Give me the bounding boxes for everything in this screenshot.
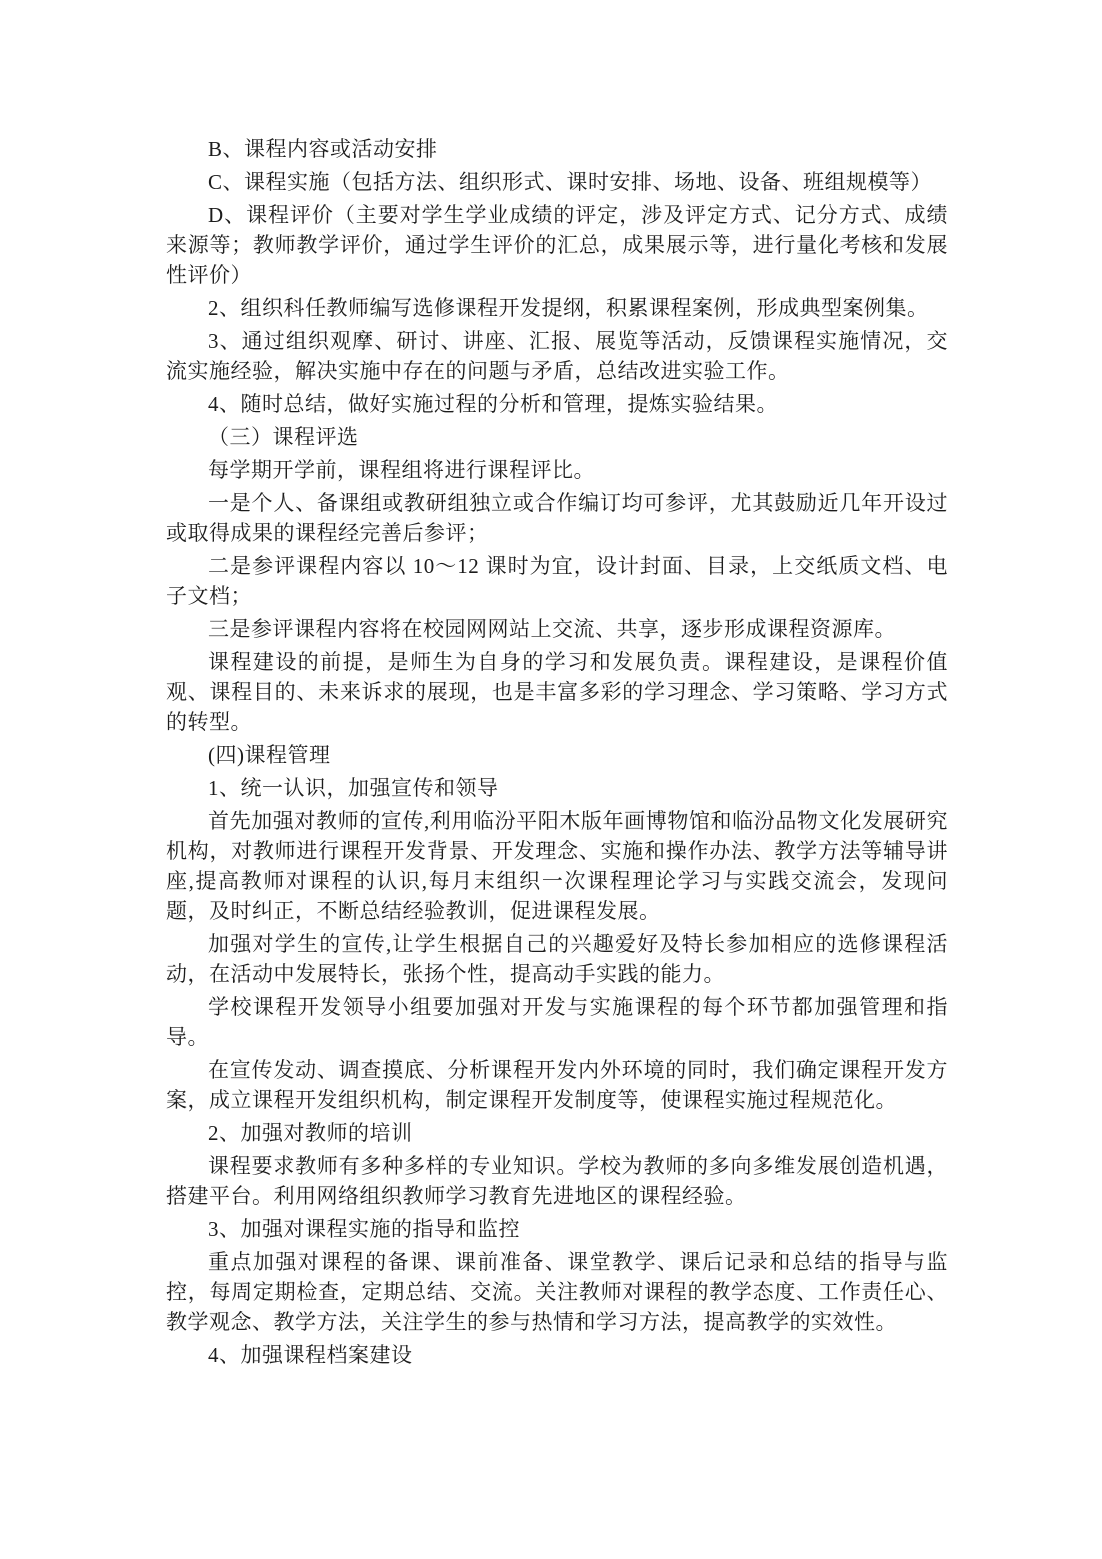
paragraph: 在宣传发动、调查摸底、分析课程开发内外环境的同时，我们确定课程开发方案，成立课程… xyxy=(166,1055,948,1115)
paragraph: 4、随时总结，做好实施过程的分析和管理，提炼实验结果。 xyxy=(166,389,948,419)
paragraph: 1、统一认识，加强宣传和领导 xyxy=(166,773,948,803)
paragraph: (四)课程管理 xyxy=(166,740,948,770)
paragraph: 二是参评课程内容以 10～12 课时为宜，设计封面、目录，上交纸质文档、电子文档… xyxy=(166,551,948,611)
paragraph: 学校课程开发领导小组要加强对开发与实施课程的每个环节都加强管理和指导。 xyxy=(166,992,948,1052)
paragraph: 每学期开学前，课程组将进行课程评比。 xyxy=(166,455,948,485)
paragraph: B、课程内容或活动安排 xyxy=(166,134,948,164)
paragraph: 一是个人、备课组或教研组独立或合作编订均可参评，尤其鼓励近几年开设过或取得成果的… xyxy=(166,488,948,548)
paragraph: 4、加强课程档案建设 xyxy=(166,1340,948,1370)
paragraph: 2、加强对教师的培训 xyxy=(166,1118,948,1148)
paragraph: 首先加强对教师的宣传,利用临汾平阳木版年画博物馆和临汾品物文化发展研究机构，对教… xyxy=(166,806,948,926)
paragraph: C、课程实施（包括方法、组织形式、课时安排、场地、设备、班组规模等） xyxy=(166,167,948,197)
paragraph: 课程建设的前提，是师生为自身的学习和发展负责。课程建设，是课程价值观、课程目的、… xyxy=(166,647,948,737)
document-body: B、课程内容或活动安排C、课程实施（包括方法、组织形式、课时安排、场地、设备、班… xyxy=(166,134,948,1373)
paragraph: 三是参评课程内容将在校园网网站上交流、共享，逐步形成课程资源库。 xyxy=(166,614,948,644)
paragraph: D、课程评价（主要对学生学业成绩的评定，涉及评定方式、记分方式、成绩来源等；教师… xyxy=(166,200,948,290)
paragraph: 重点加强对课程的备课、课前准备、课堂教学、课后记录和总结的指导与监控，每周定期检… xyxy=(166,1247,948,1337)
paragraph: 加强对学生的宣传,让学生根据自己的兴趣爱好及特长参加相应的选修课程活动，在活动中… xyxy=(166,929,948,989)
paragraph: 课程要求教师有多种多样的专业知识。学校为教师的多向多维发展创造机遇，搭建平台。利… xyxy=(166,1151,948,1211)
document-page: B、课程内容或活动安排C、课程实施（包括方法、组织形式、课时安排、场地、设备、班… xyxy=(0,0,1102,1559)
paragraph: 3、通过组织观摩、研讨、讲座、汇报、展览等活动，反馈课程实施情况，交流实施经验，… xyxy=(166,326,948,386)
paragraph: 3、加强对课程实施的指导和监控 xyxy=(166,1214,948,1244)
paragraph: 2、组织科任教师编写选修课程开发提纲，积累课程案例，形成典型案例集。 xyxy=(166,293,948,323)
paragraph: （三）课程评选 xyxy=(166,422,948,452)
